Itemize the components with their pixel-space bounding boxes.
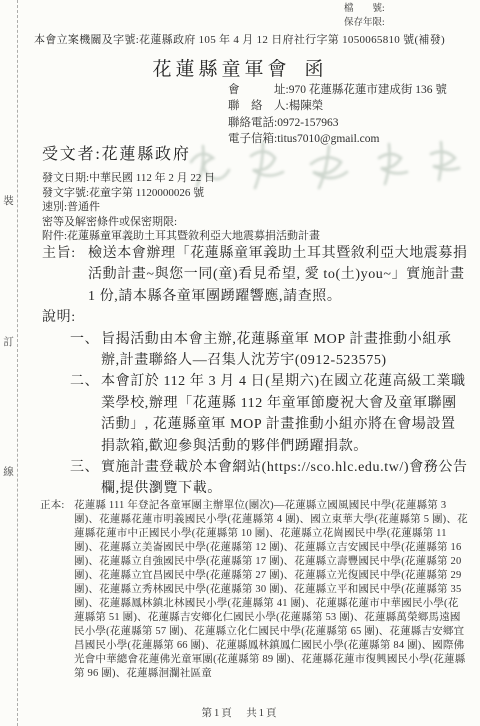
item-number: 三、 [70,457,101,478]
copy-label: 正本: [40,499,74,513]
org-name: 花蓮縣童軍會 [152,59,290,80]
retention-period-label: 保存年限: [344,17,385,31]
document-body: 主旨: 檢送本會辦理「花蓮縣童軍義助土耳其暨敘利亞大地震募捐活動計畫~與您一同(… [42,243,468,500]
subject-label: 主旨: [42,243,88,264]
doc-type: 函 [305,59,328,80]
issue-date: 發文日期:中華民國 112 年 2 月 22 日 [42,171,320,186]
copy-recipients-block: 正本: 花蓮縣 111 年登記各童軍團主辦單位(團次)—花蓮縣立國風國民中學(花… [40,499,468,681]
contact-address: 會 址:970 花蓮縣花蓮市建成街 136 號 [228,82,447,98]
document-title: 花蓮縣童軍會函 [0,54,480,81]
classification: 密等及解密條件或保密期限: [42,215,320,230]
binding-mark-ding: 訂 [2,334,15,349]
binding-mark-zhuang: 裝 [2,193,15,208]
item-text: 本會訂於 112 年 3 月 4 日(星期六)在國立花蓮高級工業職業學校,辦理「… [101,371,468,457]
archive-labels: 檔 號: 保存年限: [344,3,385,30]
official-letter-page: 裝 訂 線 檔 號: 保存年限: 本會立案機關及字號:花蓮縣政府 105 年 4… [0,0,480,726]
contact-email: 電子信箱:titus7010@gmail.com [228,131,447,147]
item-number: 二、 [70,371,101,392]
recipient-line: 受文者:花蓮縣政府 [42,141,191,164]
subject-row: 主旨: 檢送本會辦理「花蓮縣童軍義助土耳其暨敘利亞大地震募捐活動計畫~與您一同(… [42,243,468,307]
registration-line: 本會立案機關及字號:花蓮縣政府 105 年 4 月 12 日府社行字第 1050… [34,31,470,47]
file-number-label: 檔 號: [344,3,385,17]
subject-text: 檢送本會辦理「花蓮縣童軍義助土耳其暨敘利亞大地震募捐活動計畫~與您一同(童)看見… [88,243,468,307]
page-number-footer: 第1頁 共1頁 [0,705,480,720]
explanation-item-2: 二、 本會訂於 112 年 3 月 4 日(星期六)在國立花蓮高級工業職業學校,… [70,371,468,457]
explanation-item-1: 一、 旨揭活動由本會主辦,花蓮縣童軍 MOP 計畫推動小組承辦,計畫聯絡人—召集… [70,329,468,372]
item-number: 一、 [70,329,101,350]
meta-block: 發文日期:中華民國 112 年 2 月 22 日 發文字號:花童字第 11200… [42,171,320,244]
item-text: 實施計畫登載於本會網站(https://sco.hlc.edu.tw/)會務公告… [101,457,468,500]
attachment: 附件:花蓮縣童軍義助土耳其暨敘利亞大地震募捐活動計畫 [42,229,320,244]
contact-block: 會 址:970 花蓮縣花蓮市建成街 136 號 聯 絡 人:楊陳榮 聯絡電話:0… [228,82,447,147]
binding-dashed-line [17,0,18,726]
explanation-item-3: 三、 實施計畫登載於本會網站(https://sco.hlc.edu.tw/)會… [70,457,468,500]
issue-number: 發文字號:花童字第 1120000026 號 [42,186,320,201]
binding-mark-xian: 線 [2,464,15,479]
copy-recipients-text: 花蓮縣 111 年登記各童軍團主辦單位(團次)—花蓮縣立國風國民中學(花蓮縣第 … [74,499,468,681]
item-text: 旨揭活動由本會主辦,花蓮縣童軍 MOP 計畫推動小組承辦,計畫聯絡人—召集人沈芳… [101,329,468,372]
priority: 速別:普通件 [42,200,320,215]
explanation-items: 一、 旨揭活動由本會主辦,花蓮縣童軍 MOP 計畫推動小組承辦,計畫聯絡人—召集… [70,329,468,500]
explanation-label: 說明: [42,307,468,328]
contact-phone: 聯絡電話:0972-157963 [228,115,447,131]
contact-person: 聯 絡 人:楊陳榮 [228,98,447,114]
